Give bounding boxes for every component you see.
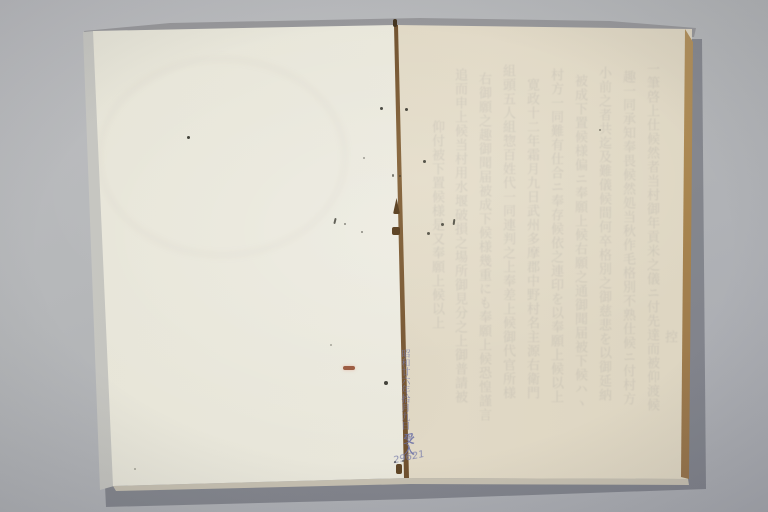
handwritten-text-column: 寛政十二年霜月九日武州多摩郡中野村名主源右衛門: [524, 78, 539, 400]
handwritten-text-column: 一筆啓上仕候然者当村御年貢米之儀ニ付先達而被仰渡候: [644, 62, 659, 412]
wormhole-speck: [344, 223, 346, 225]
repair-stain: [343, 366, 355, 370]
handwritten-text-column: 被成下置候様偏ニ奉願上候右願之通御聞届被下候ハヽ: [572, 74, 587, 410]
wormhole-speck: [330, 344, 332, 346]
handwritten-text-column: 右御願之趣御聞届被成下候様幾重にも奉願上候恐惶謹言: [476, 72, 491, 422]
paper-press-mark: [96, 56, 348, 258]
archival-photo: 一筆啓上仕候然者当村御年貢米之儀ニ付先達而被仰渡候 趣一同承知奉畏候然処当秋作毛…: [0, 0, 768, 512]
handwritten-text-column: 組頭五人組惣百姓代一同連判之上奉差上候御代官所様: [500, 64, 515, 400]
handwritten-text-column: 趣一同承知奉畏候然処当秋作毛格別不熟仕候ニ付村方: [620, 70, 635, 406]
wormhole-speck: [392, 174, 394, 177]
wormhole-speck: [380, 107, 383, 110]
wormhole-speck: [394, 461, 396, 463]
binding-thread-knot: [392, 227, 400, 235]
wormhole-speck: [361, 231, 363, 233]
wormhole-speck: [363, 157, 365, 159]
wormhole-speck: [405, 108, 408, 111]
handwritten-text-column: 控: [662, 330, 677, 344]
binding-thread-knot: [393, 19, 397, 27]
wormhole-speck: [599, 129, 601, 131]
handwritten-text-column: 村方一同難有仕合ニ奉存候依之連印を以奉願上候以上: [548, 68, 563, 404]
wormhole-speck: [402, 460, 404, 462]
date-stamp: 昭和廿六年拾月九日: [399, 349, 408, 430]
wormhole-speck: [384, 381, 388, 385]
wormhole-speck: [423, 160, 426, 163]
wormhole-speck: [427, 232, 430, 235]
wormhole-speck: [134, 468, 136, 470]
handwritten-text-column: 追而申上候当村用水堰破損之場所御見分之上御普請被: [452, 68, 467, 404]
wormhole-speck: [187, 136, 190, 139]
handwritten-text-column: 小前之者共迄及難儀候間何卒格別之御慈悲を以御延納: [596, 66, 611, 402]
wormhole-speck: [399, 175, 401, 177]
wormhole-speck: [441, 223, 444, 226]
